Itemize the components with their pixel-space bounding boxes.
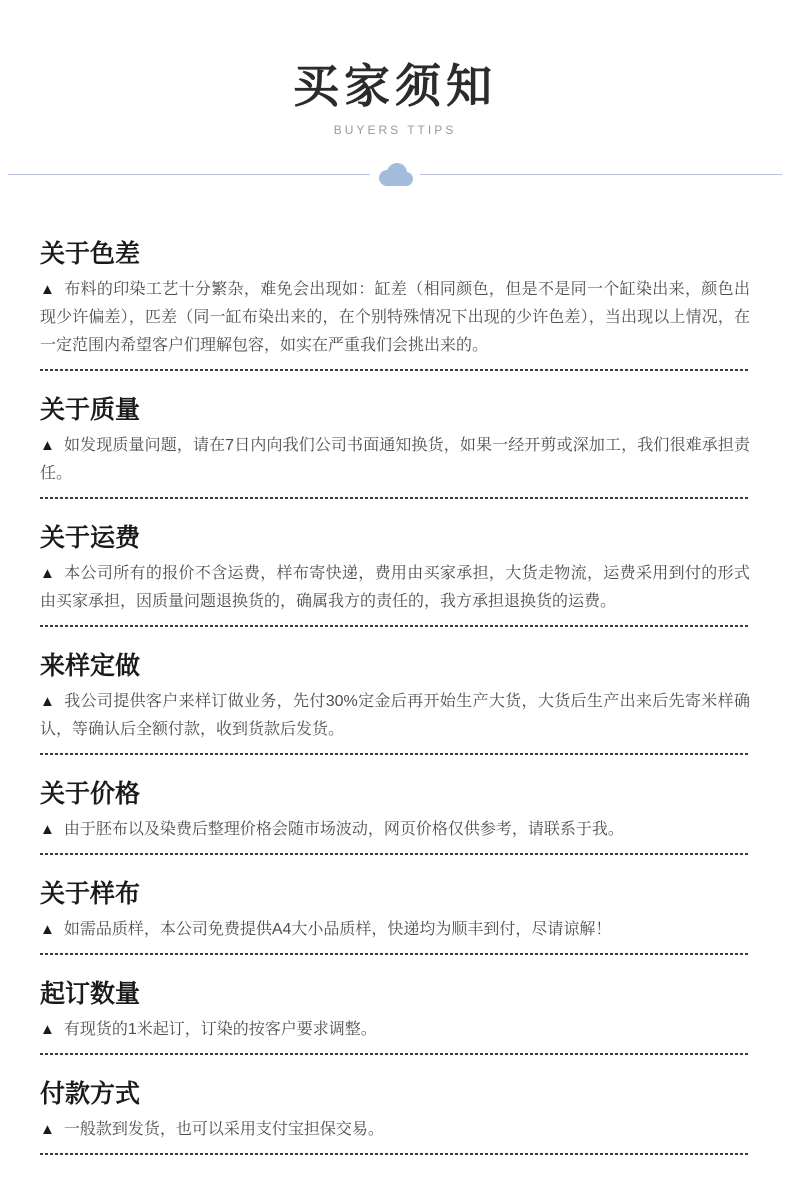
notice-section: 付款方式 ▲一般款到发货，也可以采用支付宝担保交易。 (40, 1079, 750, 1155)
section-body: ▲布料的印染工艺十分繁杂，难免会出现如：缸差（相同颜色，但是不是同一个缸染出来，… (40, 276, 750, 360)
triangle-bullet-icon: ▲ (40, 1121, 55, 1138)
triangle-bullet-icon: ▲ (40, 693, 55, 710)
notice-section: 关于样布 ▲如需品质样，本公司免费提供A4大小品质样，快递均为顺丰到付，尽请谅解… (40, 879, 750, 955)
notice-section: 关于价格 ▲由于胚布以及染费后整理价格会随市场波动，网页价格仅供参考，请联系于我… (40, 779, 750, 855)
triangle-bullet-icon: ▲ (40, 437, 55, 454)
section-heading: 关于样布 (40, 879, 750, 909)
section-heading: 付款方式 (40, 1079, 750, 1109)
notice-section: 起订数量 ▲有现货的1米起订，订染的按客户要求调整。 (40, 979, 750, 1055)
section-heading: 关于质量 (40, 395, 750, 425)
dashed-separator (40, 1053, 750, 1055)
notice-section: 关于质量 ▲如发现质量问题，请在7日内向我们公司书面通知换货，如果一经开剪或深加… (40, 395, 750, 499)
dashed-separator (40, 497, 750, 499)
triangle-bullet-icon: ▲ (40, 565, 55, 582)
section-heading: 关于价格 (40, 779, 750, 809)
section-heading: 来样定做 (40, 651, 750, 681)
dashed-separator (40, 1153, 750, 1155)
notice-section: 来样定做 ▲我公司提供客户来样订做业务，先付30%定金后再开始生产大货，大货后生… (40, 651, 750, 755)
section-body: ▲本公司所有的报价不含运费，样布寄快递，费用由买家承担，大货走物流，运费采用到付… (40, 560, 750, 616)
divider-line-right (420, 174, 782, 175)
dashed-separator (40, 625, 750, 627)
page-subtitle: BUYERS TTIPS (40, 123, 750, 137)
section-body-text: 本公司所有的报价不含运费，样布寄快递，费用由买家承担，大货走物流，运费采用到付的… (40, 565, 750, 610)
triangle-bullet-icon: ▲ (40, 921, 55, 938)
section-body: ▲如发现质量问题，请在7日内向我们公司书面通知换货，如果一经开剪或深加工，我们很… (40, 432, 750, 488)
section-body-text: 如发现质量问题，请在7日内向我们公司书面通知换货，如果一经开剪或深加工，我们很难… (40, 437, 750, 482)
sections-list: 关于色差 ▲布料的印染工艺十分繁杂，难免会出现如：缸差（相同颜色，但是不是同一个… (40, 239, 750, 1155)
header-divider (8, 161, 782, 189)
buyer-notice-page: 买家须知 BUYERS TTIPS 关于色差 ▲布料的印染工艺十分繁杂，难免会出… (0, 0, 790, 1155)
section-body: ▲如需品质样，本公司免费提供A4大小品质样，快递均为顺丰到付，尽请谅解！ (40, 916, 750, 944)
section-body-text: 我公司提供客户来样订做业务，先付30%定金后再开始生产大货，大货后生产出来后先寄… (40, 693, 750, 738)
section-body: ▲我公司提供客户来样订做业务，先付30%定金后再开始生产大货，大货后生产出来后先… (40, 688, 750, 744)
dashed-separator (40, 369, 750, 371)
dashed-separator (40, 953, 750, 955)
dashed-separator (40, 853, 750, 855)
divider-line-left (8, 174, 370, 175)
section-body: ▲有现货的1米起订，订染的按客户要求调整。 (40, 1016, 750, 1044)
cloud-icon (372, 161, 418, 189)
section-body-text: 布料的印染工艺十分繁杂，难免会出现如：缸差（相同颜色，但是不是同一个缸染出来，颜… (40, 281, 750, 354)
section-heading: 起订数量 (40, 979, 750, 1009)
notice-section: 关于色差 ▲布料的印染工艺十分繁杂，难免会出现如：缸差（相同颜色，但是不是同一个… (40, 239, 750, 371)
section-body-text: 一般款到发货，也可以采用支付宝担保交易。 (64, 1121, 384, 1138)
triangle-bullet-icon: ▲ (40, 1021, 55, 1038)
section-body-text: 由于胚布以及染费后整理价格会随市场波动，网页价格仅供参考，请联系于我。 (64, 821, 624, 838)
notice-section: 关于运费 ▲本公司所有的报价不含运费，样布寄快递，费用由买家承担，大货走物流，运… (40, 523, 750, 627)
dashed-separator (40, 753, 750, 755)
header: 买家须知 BUYERS TTIPS (40, 0, 750, 137)
section-body-text: 如需品质样，本公司免费提供A4大小品质样，快递均为顺丰到付，尽请谅解！ (64, 921, 612, 938)
section-heading: 关于运费 (40, 523, 750, 553)
section-heading: 关于色差 (40, 239, 750, 269)
section-body: ▲一般款到发货，也可以采用支付宝担保交易。 (40, 1116, 750, 1144)
triangle-bullet-icon: ▲ (40, 821, 55, 838)
page-title: 买家须知 (40, 60, 750, 113)
section-body: ▲由于胚布以及染费后整理价格会随市场波动，网页价格仅供参考，请联系于我。 (40, 816, 750, 844)
section-body-text: 有现货的1米起订，订染的按客户要求调整。 (64, 1021, 377, 1038)
triangle-bullet-icon: ▲ (40, 281, 55, 298)
